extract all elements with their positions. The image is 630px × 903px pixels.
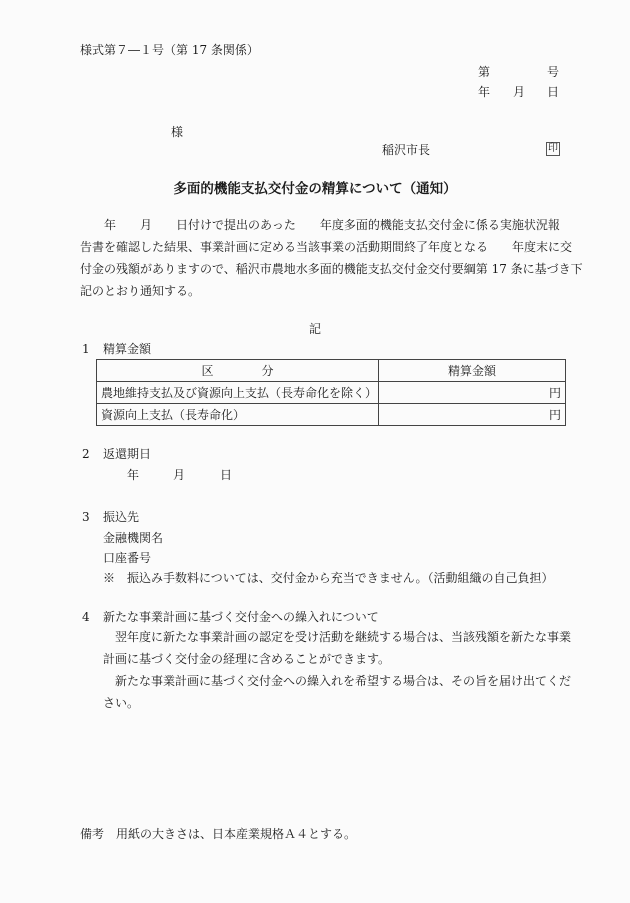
section2-heading: 返還期日 [103,446,151,462]
issue-date-day: 日 [547,84,559,100]
category-cell: 農地維持支払及び資源向上支払（長寿命化を除く） [97,382,379,404]
table-header-row: 区 分 精算金額 [97,360,566,382]
addressee-honorific: 様 [171,124,183,140]
column-header-amount: 精算金額 [379,360,566,382]
remarks: 備考 用紙の大きさは、日本産業規格Ａ４とする。 [80,826,356,842]
table-row: 農地維持支払及び資源向上支払（長寿命化を除く） 円 [97,382,566,404]
settlement-amount-table: 区 分 精算金額 農地維持支払及び資源向上支払（長寿命化を除く） 円 資源向上支… [96,359,566,426]
document-number-prefix: 第 [478,64,490,80]
account-number-label: 口座番号 [103,550,151,566]
document-title: 多面的機能支払交付金の精算について（通知） [0,181,630,197]
form-number: 様式第７―１号（第 17 条関係） [80,42,259,58]
column-header-category: 区 分 [97,360,379,382]
section3-number: 3 [82,509,90,525]
intro-line: 年 月 日付けで提出のあった 年度多面的機能支払交付金に係る実施状況報 [80,214,566,236]
intro-line: 付金の残額がありますので、稲沢市農地水多面的機能支払交付金交付要綱第 17 条に… [80,258,566,280]
section3-heading: 振込先 [103,509,139,525]
intro-line: 記のとおり通知する。 [80,280,566,302]
section4-line: 計画に基づく交付金の経理に含めることができます。 [103,648,566,670]
section4-body: 翌年度に新たな事業計画の認定を受け活動を継続する場合は、当該残額を新たな事業 計… [103,626,566,714]
section2-number: 2 [82,446,90,462]
section4-heading: 新たな事業計画に基づく交付金への繰入れについて [103,609,379,625]
section1-number: 1 [82,341,90,357]
section4-line: さい。 [103,692,566,714]
intro-line: 告書を確認した結果、事業計画に定める当該事業の活動期間終了年度となる 年度末に交 [80,236,566,258]
seal-icon: 印 [546,142,560,156]
section4-line: 翌年度に新たな事業計画の認定を受け活動を継続する場合は、当該残額を新たな事業 [103,626,566,648]
section1-heading: 精算金額 [103,341,151,357]
ki-marker: 記 [0,321,630,337]
bank-name-label: 金融機関名 [103,530,163,546]
table-row: 資源向上支払（長寿命化） 円 [97,404,566,426]
section4-number: 4 [82,609,90,625]
amount-cell[interactable]: 円 [379,404,566,426]
transfer-fee-note: ※ 振込み手数料については、交付金から充当できません。（活動組織の自己負担） [103,570,553,586]
return-date-year: 年 [127,467,139,483]
section4-line: 新たな事業計画に基づく交付金への繰入れを希望する場合は、その旨を届け出てくだ [103,670,566,692]
intro-paragraph: 年 月 日付けで提出のあった 年度多面的機能支払交付金に係る実施状況報 告書を確… [80,214,566,302]
return-date-day: 日 [220,467,232,483]
return-date-month: 月 [173,467,185,483]
sender-name: 稲沢市長 [382,142,430,158]
issue-date-month: 月 [513,84,525,100]
category-cell: 資源向上支払（長寿命化） [97,404,379,426]
amount-cell[interactable]: 円 [379,382,566,404]
issue-date-year: 年 [478,84,490,100]
document-number-suffix: 号 [547,64,559,80]
